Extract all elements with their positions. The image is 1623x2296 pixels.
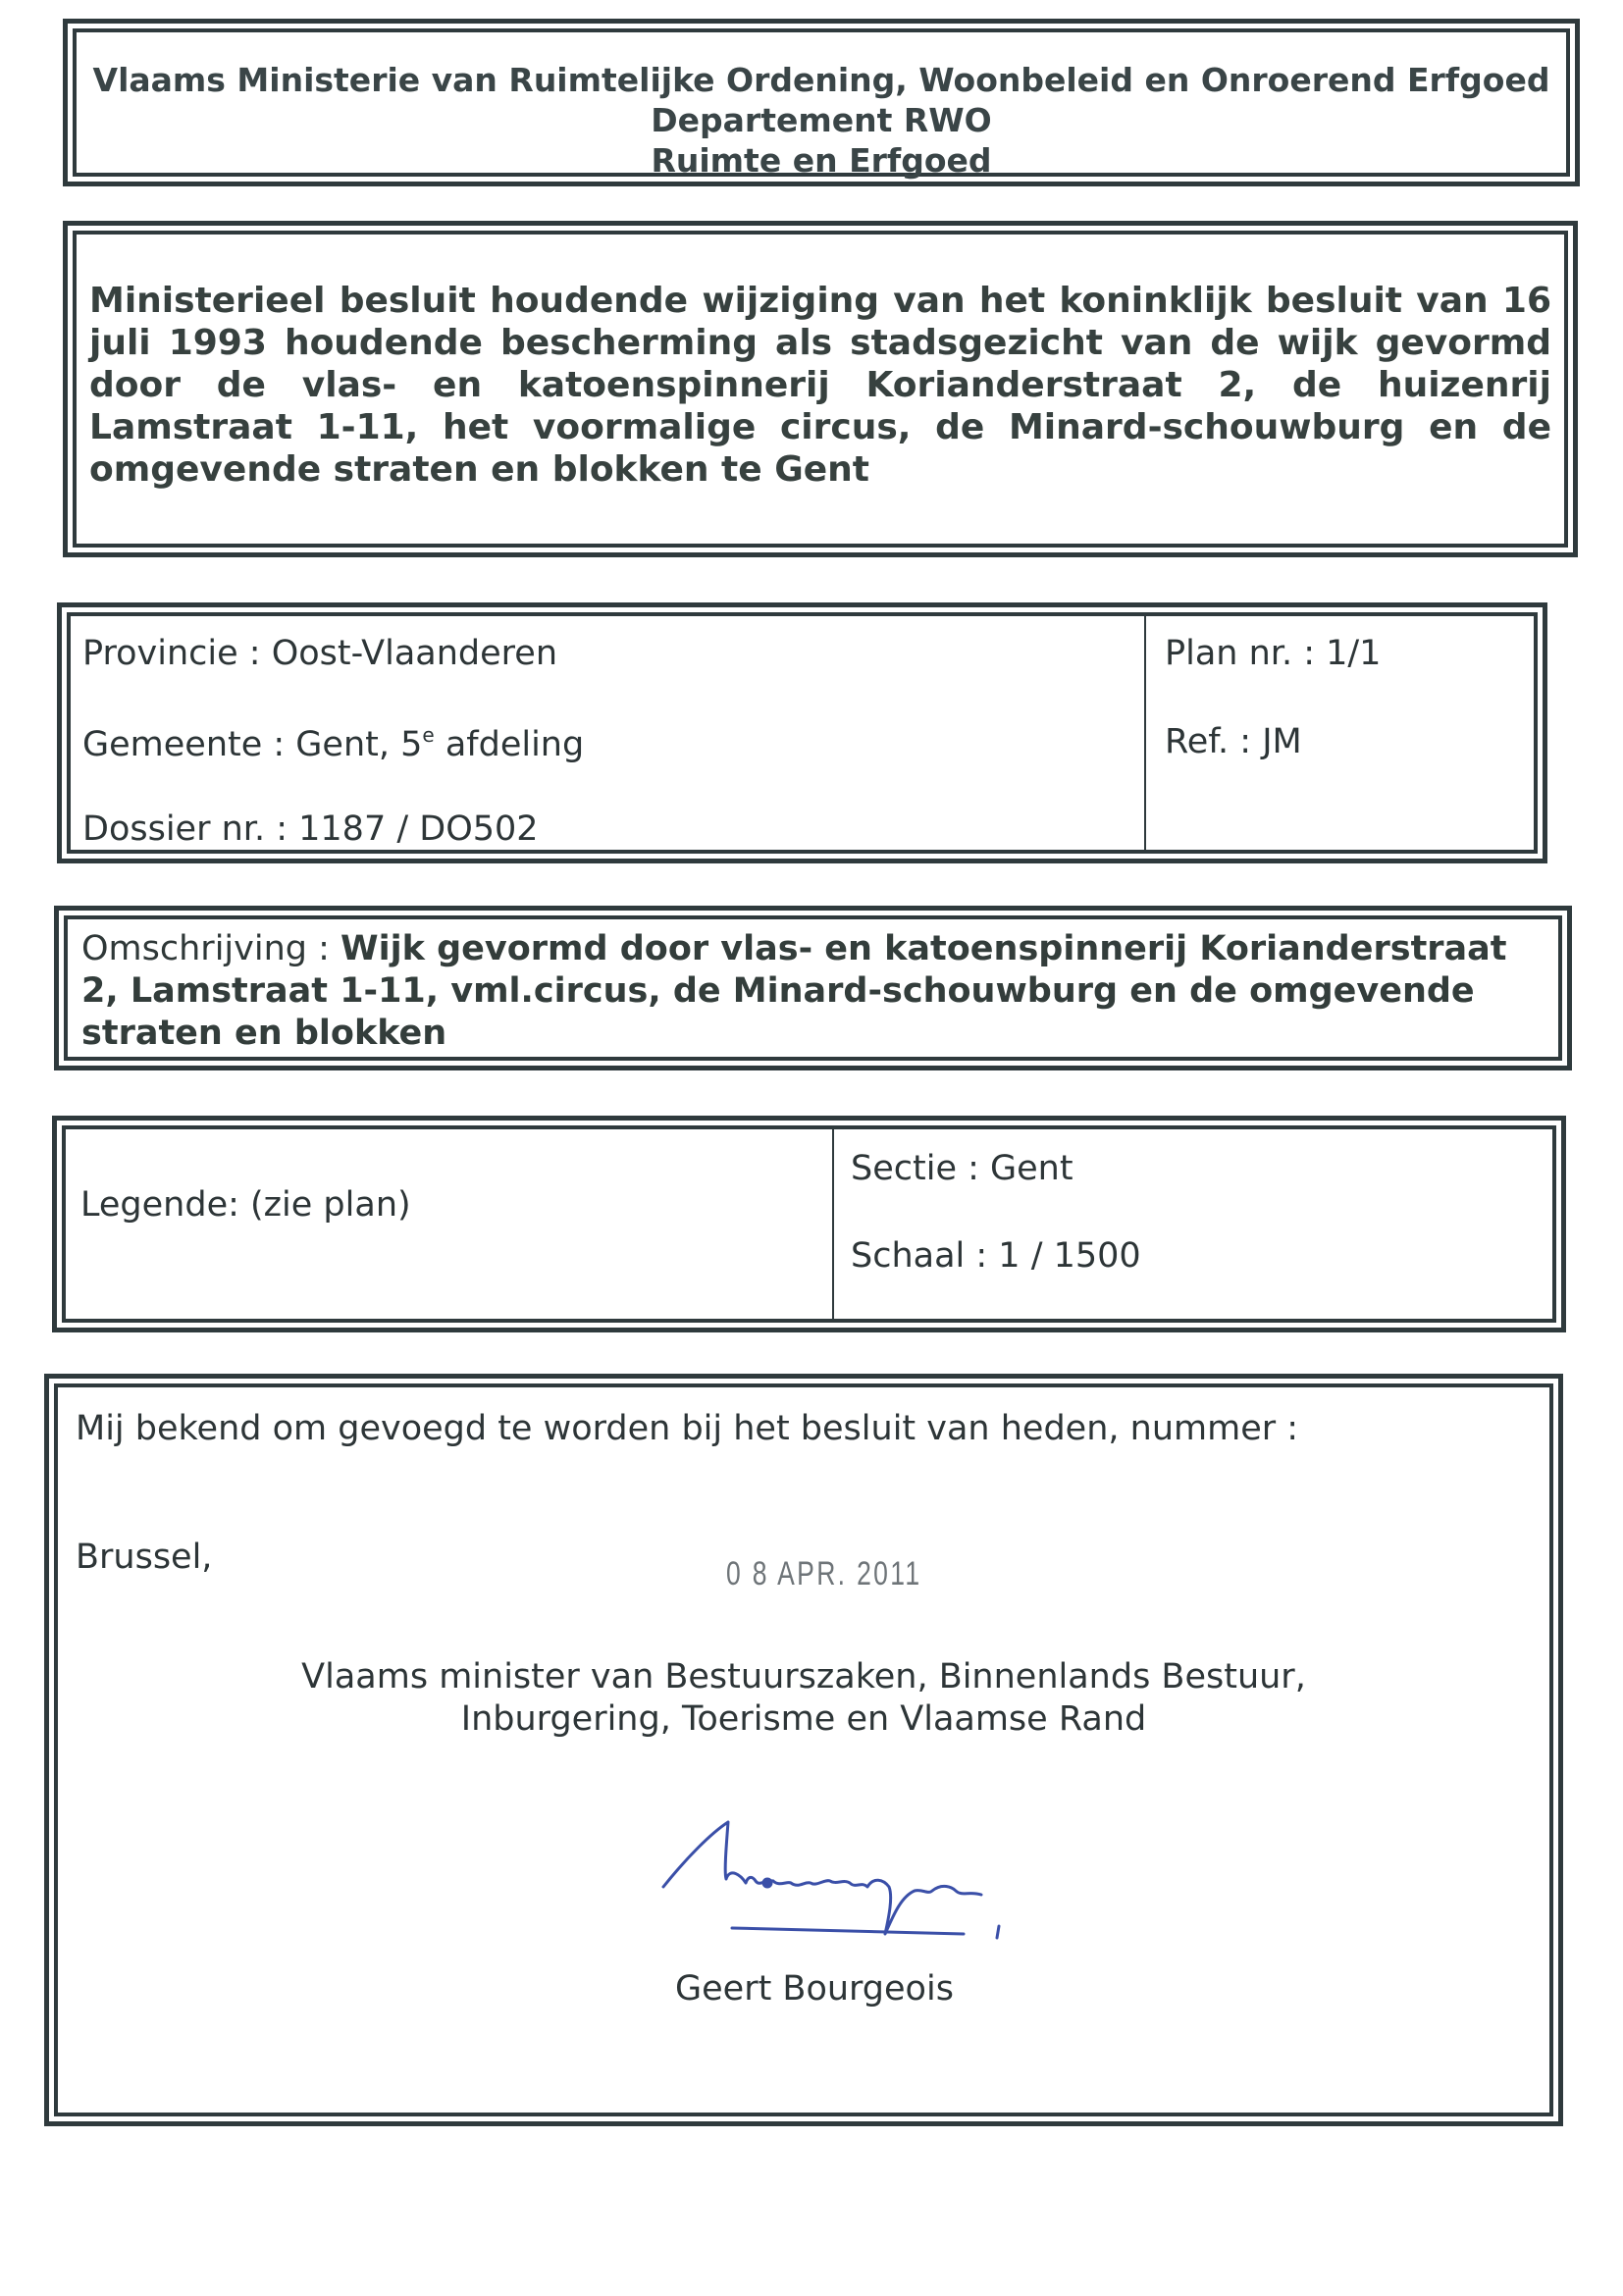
department-name: Departement RWO [68, 101, 1575, 139]
signatory-name: Geert Bourgeois [675, 1972, 954, 2007]
legend-scale-box: Legende: (zie plan) Sectie : Gent Schaal… [52, 1116, 1566, 1332]
handwritten-signature-icon [657, 1818, 1070, 1946]
gemeente-main: Gemeente : Gent, 5 [82, 725, 422, 764]
plan-number-field: Plan nr. : 1/1 [1165, 637, 1381, 671]
reference-field: Ref. : JM [1165, 725, 1302, 759]
gemeente-suffix: afdeling [435, 725, 585, 764]
location-info-box: Provincie : Oost-Vlaanderen Gemeente : G… [57, 602, 1547, 863]
gemeente-superscript: e [422, 723, 434, 747]
column-divider [1144, 616, 1146, 850]
provincie-field: Provincie : Oost-Vlaanderen [82, 637, 557, 671]
decree-title-box: Ministerieel besluit houdende wijziging … [63, 221, 1578, 557]
section-field: Sectie : Gent [851, 1152, 1073, 1186]
description-label: Omschrijving : [81, 929, 340, 968]
ministry-header-box: Vlaams Ministerie van Ruimtelijke Ordeni… [63, 19, 1580, 186]
scale-field: Schaal : 1 / 1500 [851, 1239, 1141, 1274]
date-stamp: 0 8 APR. 2011 [726, 1555, 921, 1593]
minister-title-line1: Vlaams minister van Bestuurszaken, Binne… [49, 1656, 1558, 1698]
signature-box: Mij bekend om gevoegd te worden bij het … [44, 1374, 1563, 2126]
legend-field: Legende: (zie plan) [80, 1188, 411, 1223]
division-name: Ruimte en Erfgoed [68, 141, 1575, 180]
minister-title-line2: Inburgering, Toerisme en Vlaamse Rand [49, 1698, 1558, 1741]
ministry-name: Vlaams Ministerie van Ruimtelijke Ordeni… [68, 61, 1575, 99]
description-box: Omschrijving : Wijk gevormd door vlas- e… [54, 906, 1572, 1070]
attachment-statement: Mij bekend om gevoegd te worden bij het … [76, 1412, 1298, 1446]
place-label: Brussel, [76, 1540, 212, 1575]
decree-title: Ministerieel besluit houdende wijziging … [89, 280, 1551, 491]
dossier-field: Dossier nr. : 1187 / DO502 [82, 812, 539, 847]
column-divider [832, 1129, 834, 1319]
description-text: Omschrijving : Wijk gevormd door vlas- e… [81, 928, 1538, 1055]
gemeente-field: Gemeente : Gent, 5e afdeling [82, 725, 584, 762]
